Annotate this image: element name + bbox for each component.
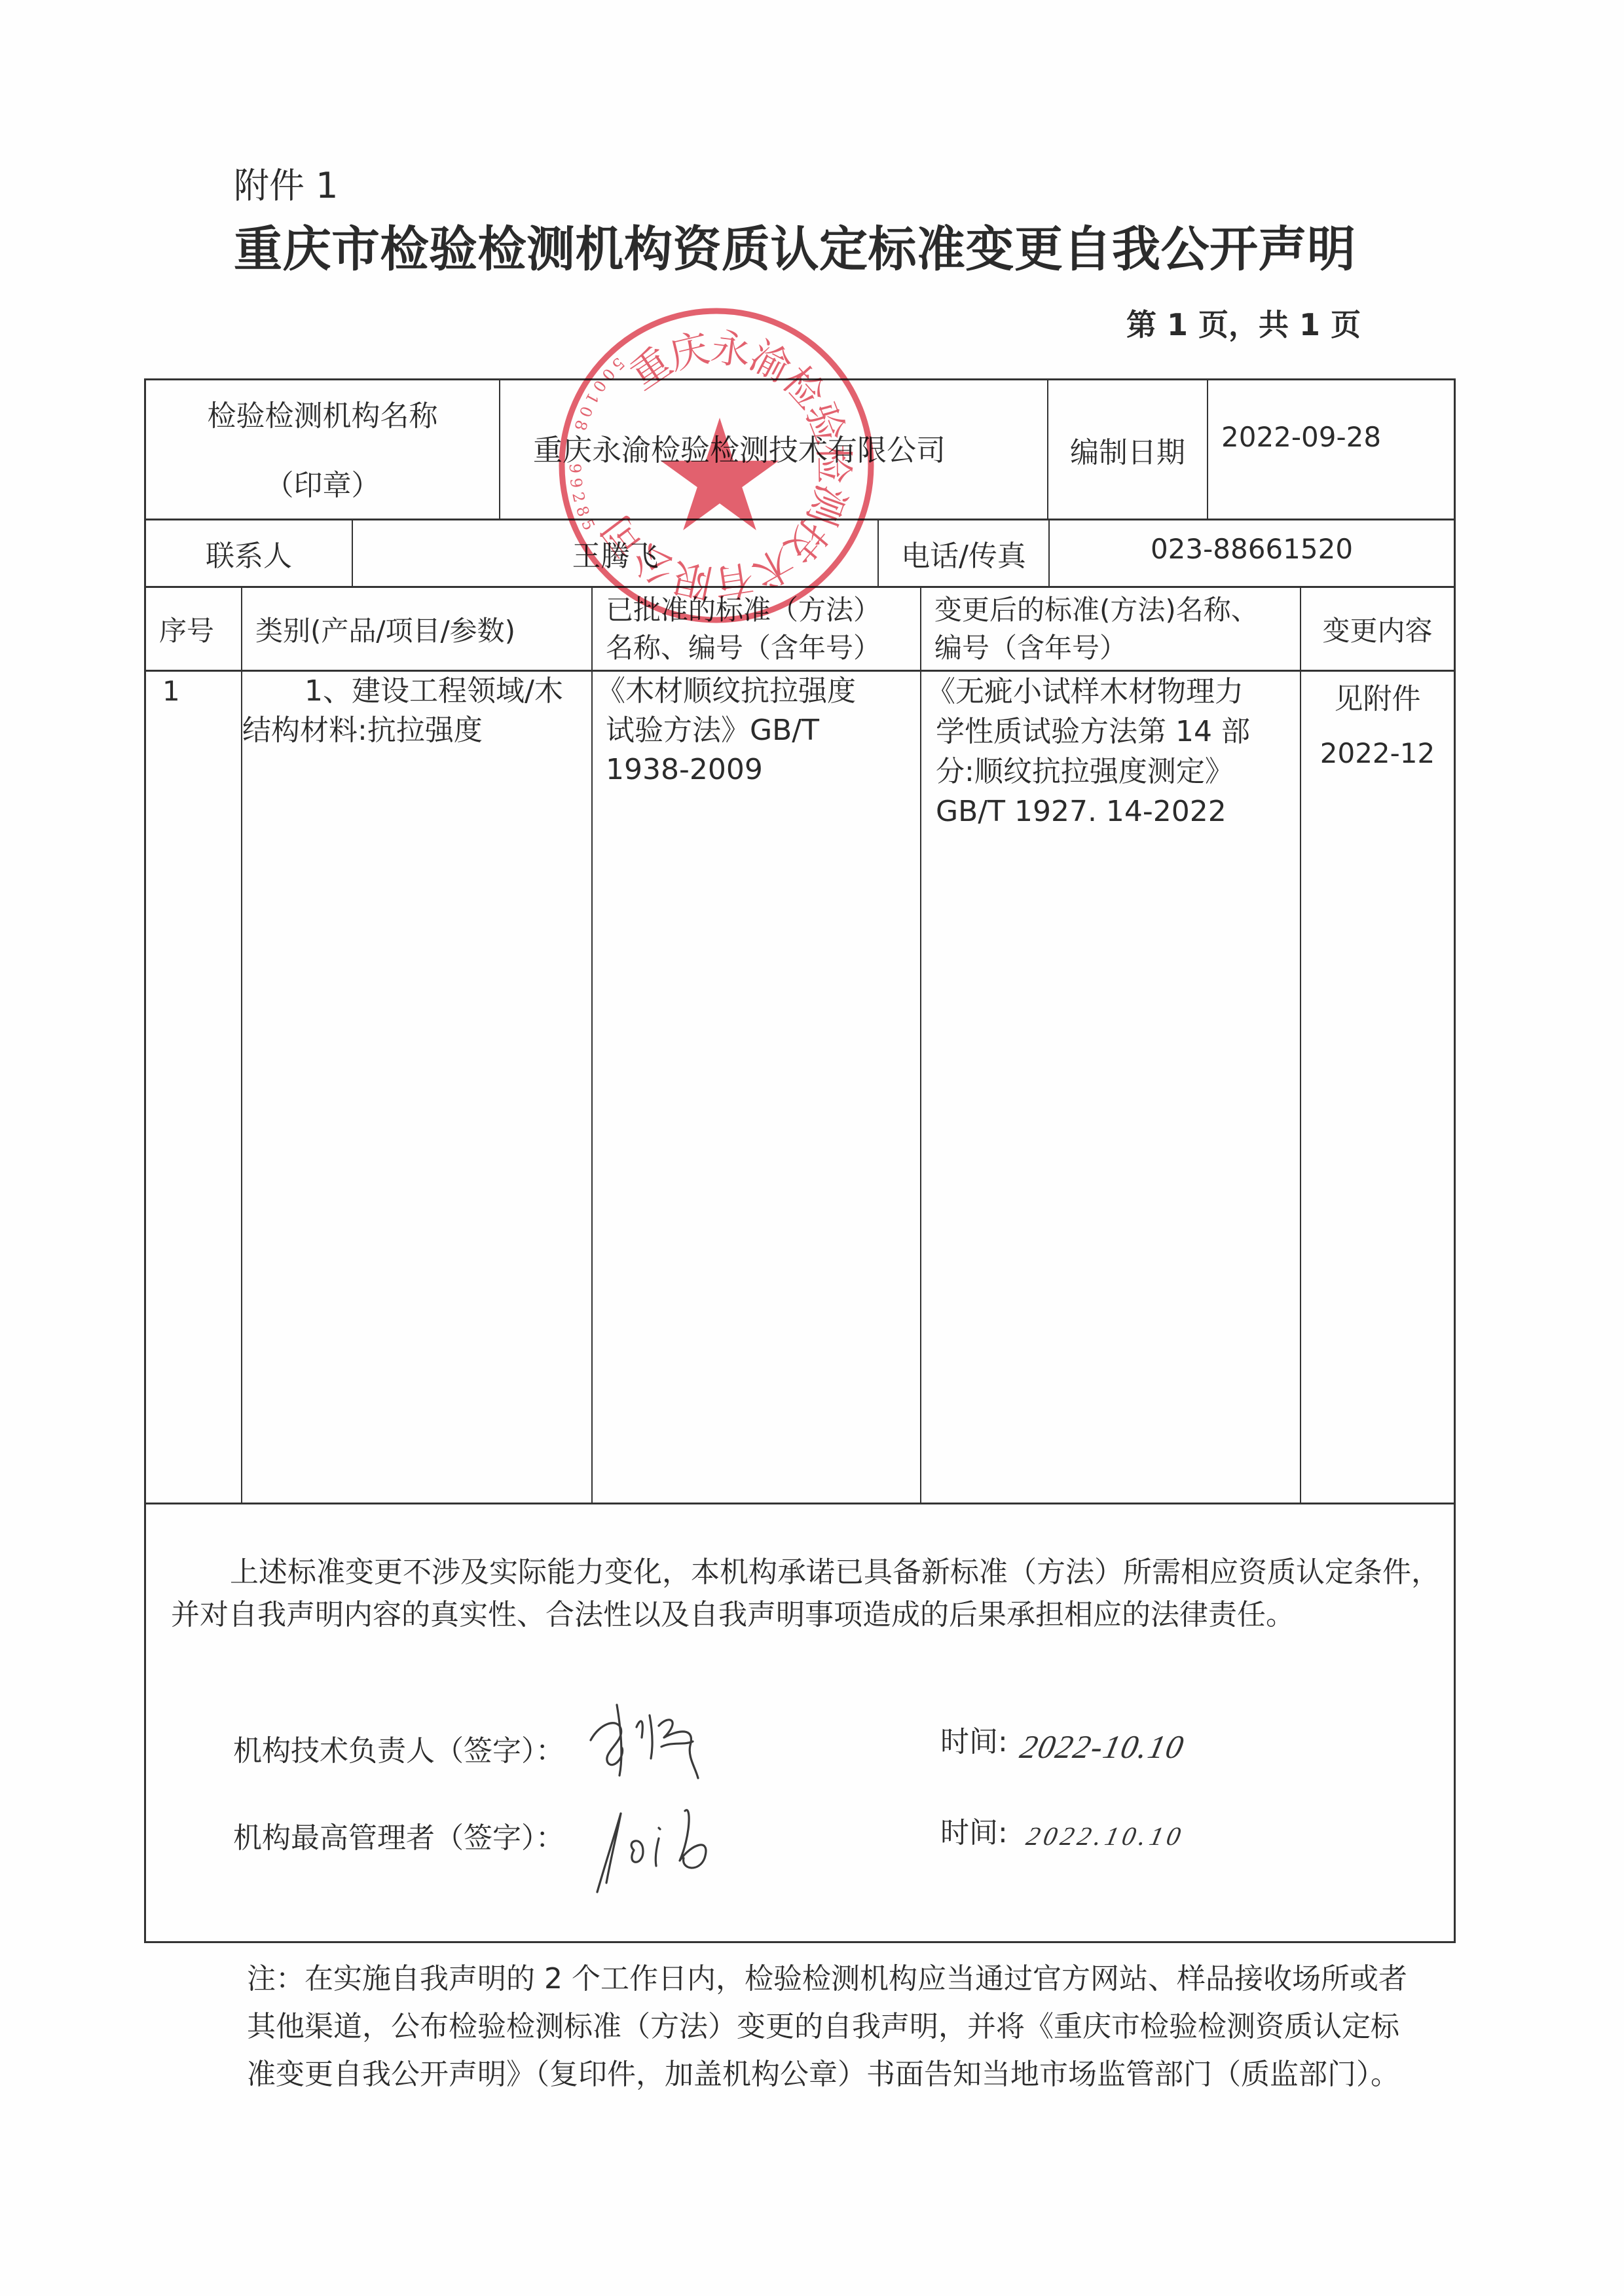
category-line: 结构材料:抗拉强度 [242, 711, 591, 750]
date-label: 编制日期 [1048, 380, 1208, 519]
changed-line: 分:顺纹抗拉强度测定》 [936, 752, 1300, 792]
svg-text:8: 8 [570, 418, 591, 433]
tech-lead-time-label: 时间: [940, 1724, 1008, 1760]
manager-signature-label: 机构最高管理者（签字）： [233, 1820, 564, 1857]
official-seal: 重庆永渝检验检测技术有限公司 50010899285 [553, 302, 880, 629]
declaration-line: 上述标准变更不涉及实际能力变化，本机构承诺已具备新标准（方法）所需相应资质认定条… [230, 1554, 1440, 1591]
row-changed-standard: 《无疵小试样木材物理力 学性质试验方法第 14 部 分:顺纹抗拉强度测定》 GB… [921, 672, 1301, 1503]
category-line: 1、建设工程领域/木 [242, 672, 591, 711]
change-content-text: 见附件 [1301, 672, 1454, 726]
note-line: 准变更自我公开声明》（复印件，加盖机构公章）书面告知当地市场监管部门（质监部门）… [247, 2050, 1407, 2098]
approved-line: 《木材顺纹抗拉强度 [597, 672, 920, 711]
header-category: 类别(产品/项目/参数) [242, 588, 593, 670]
manager-handwritten-date: 2022.10.10 [1024, 1820, 1188, 1853]
svg-text:1: 1 [581, 390, 602, 407]
contact-label: 联系人 [146, 520, 353, 586]
notes: 注：在实施自我声明的 2 个工作日内，检验检测机构应当通过官方网站、样品接收场所… [247, 1955, 1407, 2098]
row-category: 1、建设工程领域/木 结构材料:抗拉强度 [242, 672, 593, 1503]
table-row: 1 1、建设工程领域/木 结构材料:抗拉强度 《木材顺纹抗拉强度 试验方法》GB… [146, 672, 1454, 1504]
row-no: 1 [146, 672, 242, 1503]
tech-lead-signature-label: 机构技术负责人（签字）： [233, 1733, 564, 1770]
red-star-icon [661, 418, 779, 530]
header-change-content: 变更内容 [1301, 588, 1454, 670]
org-name-label-cell: 检验检测机构名称 （印章） [146, 380, 500, 519]
header-changed-line: 变更后的标准(方法)名称、 [934, 591, 1259, 629]
approved-line: 试验方法》GB/T [606, 711, 920, 750]
page-title: 重庆市检验检测机构资质认定标准变更自我公开声明 [234, 220, 1356, 279]
declaration-section: 上述标准变更不涉及实际能力变化，本机构承诺已具备新标准（方法）所需相应资质认定条… [146, 1504, 1454, 1943]
header-approved-line: 名称、编号（含年号） [606, 629, 881, 667]
row-approved-standard: 《木材顺纹抗拉强度 试验方法》GB/T 1938-2009 [593, 672, 921, 1503]
changed-line: 学性质试验方法第 14 部 [936, 712, 1300, 752]
svg-text:9: 9 [566, 477, 586, 489]
svg-text:0: 0 [575, 403, 596, 420]
phone-label: 电话/传真 [879, 520, 1050, 586]
note-line: 注：在实施自我声明的 2 个工作日内，检验检测机构应当通过官方网站、样品接收场所… [247, 1955, 1407, 2003]
svg-text:2: 2 [568, 490, 589, 504]
svg-text:9: 9 [566, 464, 584, 474]
svg-text:5: 5 [578, 517, 599, 534]
phone-value: 023-88661520 [1050, 520, 1454, 586]
svg-text:8: 8 [572, 503, 593, 519]
header-changed-standard: 变更后的标准(方法)名称、 编号（含年号） [921, 588, 1301, 670]
svg-text:有: 有 [711, 555, 757, 606]
compile-date-value: 2022-09-28 [1208, 380, 1454, 519]
attachment-label: 附件 1 [234, 165, 339, 207]
tech-lead-handwritten-date: 2022-10.10 [1017, 1727, 1189, 1766]
changed-line: GB/T 1927. 14-2022 [936, 792, 1300, 831]
row-change-content: 见附件 2022-12 [1301, 672, 1454, 1503]
svg-text:检: 检 [810, 444, 857, 484]
changed-line: 《无疵小试样木材物理力 [927, 672, 1300, 712]
header-no: 序号 [146, 588, 242, 670]
seal-label: （印章） [265, 469, 380, 502]
manager-time-label: 时间: [940, 1815, 1008, 1851]
page-indicator: 第 1 页，共 1 页 [1126, 305, 1361, 344]
approved-line: 1938-2009 [606, 750, 920, 790]
declaration-line: 并对自我声明内容的真实性、合法性以及自我声明事项造成的后果承担相应的法律责任。 [171, 1597, 1295, 1633]
org-name-label: 检验检测机构名称 [208, 400, 438, 433]
note-line: 其他渠道，公布检验检测标准（方法）变更的自我声明，并将《重庆市检验检测资质认定标 [247, 2003, 1407, 2050]
change-content-date: 2022-12 [1301, 726, 1454, 780]
seal-code: 50010899285 [566, 354, 628, 533]
header-changed-line: 编号（含年号） [934, 629, 1127, 667]
